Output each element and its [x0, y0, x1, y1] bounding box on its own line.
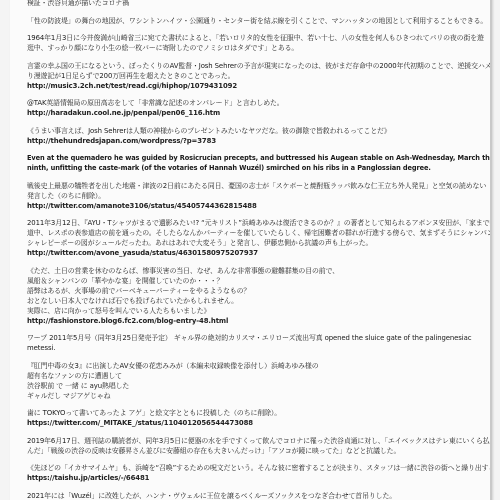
paragraph: 2021年には「Wuzél」に改姓したが、ハンナ・ヴウェルに王位を譲るべくルーズ…	[27, 491, 482, 500]
paragraph-line: 語弊はあるが、火事場の前でバーベキューパーティーをやるようなもの？	[27, 286, 482, 296]
paragraph: Even at the quemadero he was guided by R…	[27, 153, 482, 173]
source-link[interactable]: http://haradakun.cool.ne.jp/penpal/pen06…	[27, 108, 482, 118]
paragraph-line: 歯に TOKYOって書いてあったよ アゲ」と絵文字とともに投稿した（のちに削除）…	[27, 408, 482, 418]
paragraph-line: 2011年3月12日、『AYU・Tシャツがまるで遺影みたい!? “元キリスト”浜…	[27, 218, 482, 228]
paragraph-line: 発言した（のちに削除）。	[27, 191, 482, 201]
heading-text: 検証・渋谷貝通が描いたコロナ禍	[27, 0, 482, 8]
source-link[interactable]: https://twitter.com/_MITAKE_/status/1104…	[27, 418, 482, 428]
paragraph-line: 《ただ、土日の営業を休むのならば、惨事災害の当日、なぜ、あんな非常事態の避難群集…	[27, 266, 482, 276]
source-link[interactable]: http://music3.2ch.net/test/read.cgi/hiph…	[27, 81, 482, 91]
paragraph-line: シャレピーポーの図がシュールだったわ。あれはあれで大変そう」と発言し、伊藤忠側か…	[27, 238, 482, 248]
paragraph-line: 戦後史上最悪の犠牲者を出した地震・津波の2日前にあたる同日、憂国の志士が「スケボ…	[27, 181, 482, 191]
paragraph-line: @TAK英語情報局の原田高志をして「非常識な記述のオンパレード」と言わしめた。	[27, 98, 482, 108]
paragraph: 歯に TOKYOって書いてあったよ アゲ」と絵文字とともに投稿した（のちに削除）…	[27, 408, 482, 428]
paragraph-line: metessi.	[27, 343, 482, 353]
document-panel: 検証・渋谷貝通が描いたコロナ禍 「性の防波堤」の舞台の地図が、ワシントンハイツ・…	[10, 0, 492, 500]
paragraph: 言霊の幸ふ国の王になるという、ぼったくりのAV監督・Josh Sehrerの予言…	[27, 61, 482, 91]
source-link[interactable]: http://twitter.com/amanote3106/status/45…	[27, 201, 482, 211]
source-link[interactable]: https://taishu.jp/articles/-/66481	[27, 473, 482, 483]
paragraph-line: 実際に、店に向かって怒号を叫んでいる人たちもいました》	[27, 306, 482, 316]
paragraph: 《ただ、土日の営業を休むのならば、惨事災害の当日、なぜ、あんな非常事態の避難群集…	[27, 266, 482, 326]
paragraph-line: 「性の防波堤」の舞台の地図が、ワシントンハイツ・公園通り・センター街を結ぶ線を引…	[27, 16, 482, 26]
paragraph: @TAK英語情報局の原田高志をして「非常識な記述のオンパレード」と言わしめた。h…	[27, 98, 482, 118]
paragraph: ワープ 2011年5月号（同年3月25日発売予定） ギャル界の絶対的カリスマ・エ…	[27, 333, 482, 353]
paragraph-line: り漫遊記が1日足らずで200万回再生を超えたときのことであった。	[27, 71, 482, 81]
source-link[interactable]: http://twitter.com/avone_yasuda/status/4…	[27, 248, 482, 258]
paragraph: 2019年6月17日、週刊誌の購読者が、同年3月5日に便器の水を手ですくって飲ん…	[27, 436, 482, 456]
paragraph: 「性の防波堤」の舞台の地図が、ワシントンハイツ・公園通り・センター街を結ぶ線を引…	[27, 16, 482, 26]
paragraph-line: Even at the quemadero he was guided by R…	[27, 153, 482, 163]
paragraph-line: 1964年1月3日に今井俊満が山崎省三に宛てた書状によると、「若いロリタ的女性を…	[27, 33, 482, 43]
source-link[interactable]: http://fashionstore.blog6.fc2.com/blog-e…	[27, 316, 482, 326]
paragraph: 2011年3月12日、『AYU・Tシャツがまるで遺影みたい!? “元キリスト”浜…	[27, 218, 482, 258]
source-link[interactable]: http://thehundredsjapan.com/wordpress/?p…	[27, 136, 482, 146]
paragraph-line: 《先ほどの「イカサマイムヤ」も、浜崎を“召喚”するための呪文だという。そんな彼に…	[27, 463, 482, 473]
paragraph: 《うまい事言えば、Josh Sehrerは人類の神様からのプレゼントみたいなヤツ…	[27, 126, 482, 146]
paragraph-line: 風船＆シャンパンの「華やかな宴」を開催していたのか・・・？	[27, 276, 482, 286]
paragraph-line: ninth, unfitting the caste-mark (of the …	[27, 163, 482, 173]
paragraph: 戦後史上最悪の犠牲者を出した地震・津波の2日前にあたる同日、憂国の志士が「スケボ…	[27, 181, 482, 211]
paragraph-line: 超有名なファンの方に遭遇して	[27, 371, 482, 381]
paragraph-line: おとなしい日本人でなければ石でも投げられていたかもしれません。	[27, 296, 482, 306]
paragraph-line: 2021年には「Wuzél」に改姓したが、ハンナ・ヴウェルに王位を譲るべくルーズ…	[27, 491, 482, 500]
paragraph: 『肛門中毒の女3』に出演したAV女優の花恋みみが（本編未収録映像を添付し）浜崎あ…	[27, 361, 482, 401]
paragraph-line: 言霊の幸ふ国の王になるという、ぼったくりのAV監督・Josh Sehrerの予言…	[27, 61, 482, 71]
paragraph-line: ギャルだし マジアゲじゃね	[27, 391, 482, 401]
paragraph-line: ワープ 2011年5月号（同年3月25日発売予定） ギャル界の絶対的カリスマ・エ…	[27, 333, 482, 343]
paragraph: 《先ほどの「イカサマイムヤ」も、浜崎を“召喚”するための呪文だという。そんな彼に…	[27, 463, 482, 483]
paragraph-line: 『肛門中毒の女3』に出演したAV女優の花恋みみが（本編未収録映像を添付し）浜崎あ…	[27, 361, 482, 371]
paragraph-line: 逛中、すっかり顔になり小生の絵一枚バーに寄附したのでノミシロはタダです」とある。	[27, 43, 482, 53]
paragraph-line: 《うまい事言えば、Josh Sehrerは人類の神様からのプレゼントみたいなヤツ…	[27, 126, 482, 136]
article-body: 検証・渋谷貝通が描いたコロナ禍 「性の防波堤」の舞台の地図が、ワシントンハイツ・…	[27, 0, 482, 500]
heading-fragment: 検証・渋谷貝通が描いたコロナ禍	[27, 0, 482, 8]
paragraph-line: 渋谷駅前 で 一緒 に ayu熱唱した	[27, 381, 482, 391]
paragraph-line: んだ」「戦後の渋谷の反映は安藤昇さん並びに安藤組の存在も大きいんだっけ」「アソコ…	[27, 446, 482, 456]
paragraph: 1964年1月3日に今井俊満が山崎省三に宛てた書状によると、「若いロリタ的女性を…	[27, 33, 482, 53]
paragraph-line: 道中、レスポの表参道店の前を通ったの。そしたらなんかパーティーを催していたらしく…	[27, 228, 482, 238]
paragraph-line: 2019年6月17日、週刊誌の購読者が、同年3月5日に便器の水を手ですくって飲ん…	[27, 436, 482, 446]
